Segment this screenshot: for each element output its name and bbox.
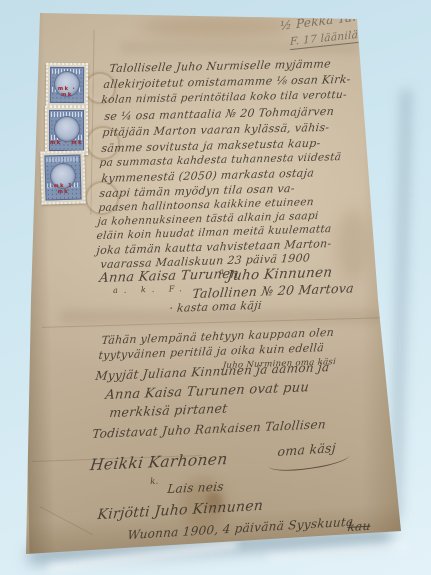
- stamp-panel: mk 1 mk: [44, 155, 81, 201]
- signature-title-line: Talollinen № 20 Martova: [192, 282, 355, 300]
- paragraph2-line-5: merkkisä pirtanet: [109, 402, 228, 419]
- stamp-panel: mk · mk: [50, 67, 84, 103]
- closing-written-by-line: Kirjötti Juho Kinnunen: [97, 499, 264, 522]
- body-line-5: pitäjään Marton vaaran kylässä, vähis-: [102, 122, 330, 138]
- sellers-line: Myyjät Juliana Kinnunen ja aamon ja: [95, 361, 330, 382]
- witness-initial: k.: [150, 478, 159, 487]
- paragraph2-line-4: Anna Kaisa Turunen ovat puu: [105, 381, 310, 402]
- closing-struck-word: kau: [347, 520, 371, 533]
- paper-side-shadow: [391, 90, 412, 520]
- crease-line: [39, 506, 92, 535]
- signature-superscript-a: a: [219, 268, 224, 276]
- crease-line: [42, 317, 387, 328]
- photo-of-handwritten-deed: mk · mk mk · mk mk 1 mk ½ Pekka Tanel.: [0, 0, 431, 575]
- paper-sheet: mk · mk mk · mk mk 1 mk ½ Pekka Tanel.: [0, 0, 431, 575]
- stain: [336, 210, 370, 280]
- signature-initials: a. k. F.: [113, 285, 188, 295]
- paper-right-edge-shading: [362, 12, 404, 562]
- stamp-panel: mk · mk: [49, 110, 84, 151]
- body-line-3: kolan nimistä perintötilaa koko tila ver…: [101, 90, 347, 106]
- revenue-stamp-1: mk · mk: [46, 63, 88, 107]
- pencil-annotation-line-2: F. 17 läänilä: [290, 30, 358, 50]
- pencil-annotation-line-1: ½ Pekka Tanel.: [280, 8, 376, 32]
- witness-status-line: Lais neis: [167, 481, 225, 496]
- revenue-stamp-2: mk · mk: [45, 106, 88, 155]
- surface-reflection: [268, 542, 408, 561]
- stamp-coat-of-arms-emblem: [54, 116, 80, 142]
- stamp-value-overprint: mk · mk: [51, 86, 83, 98]
- stain: [140, 16, 290, 38]
- body-line-1: Talolliselle Juho Nurmiselle myjämme: [109, 58, 332, 74]
- stamp-value-overprint: mk 1 mk: [46, 183, 80, 196]
- witness-signature-heikki-karhonen: Heikki Karhonen: [89, 452, 228, 474]
- revenue-stamp-3: mk 1 mk: [40, 150, 85, 204]
- witnesses-line: Todistavat Juho Rankaisen Talollisen: [92, 418, 327, 440]
- stamp-value-overprint: mk · mk: [50, 140, 83, 146]
- signature-own-hand-note: · kasta oma käji: [169, 300, 263, 314]
- closing-x-mark: x.: [381, 536, 390, 545]
- stamp-top-inscription: [46, 157, 78, 163]
- body-line-2: allekirjoitetut omistamamme ⅛ osan Kirk-: [103, 74, 351, 90]
- body-line-4: se ¼ osa manttaalia № 20 Tohmajärven: [104, 106, 335, 122]
